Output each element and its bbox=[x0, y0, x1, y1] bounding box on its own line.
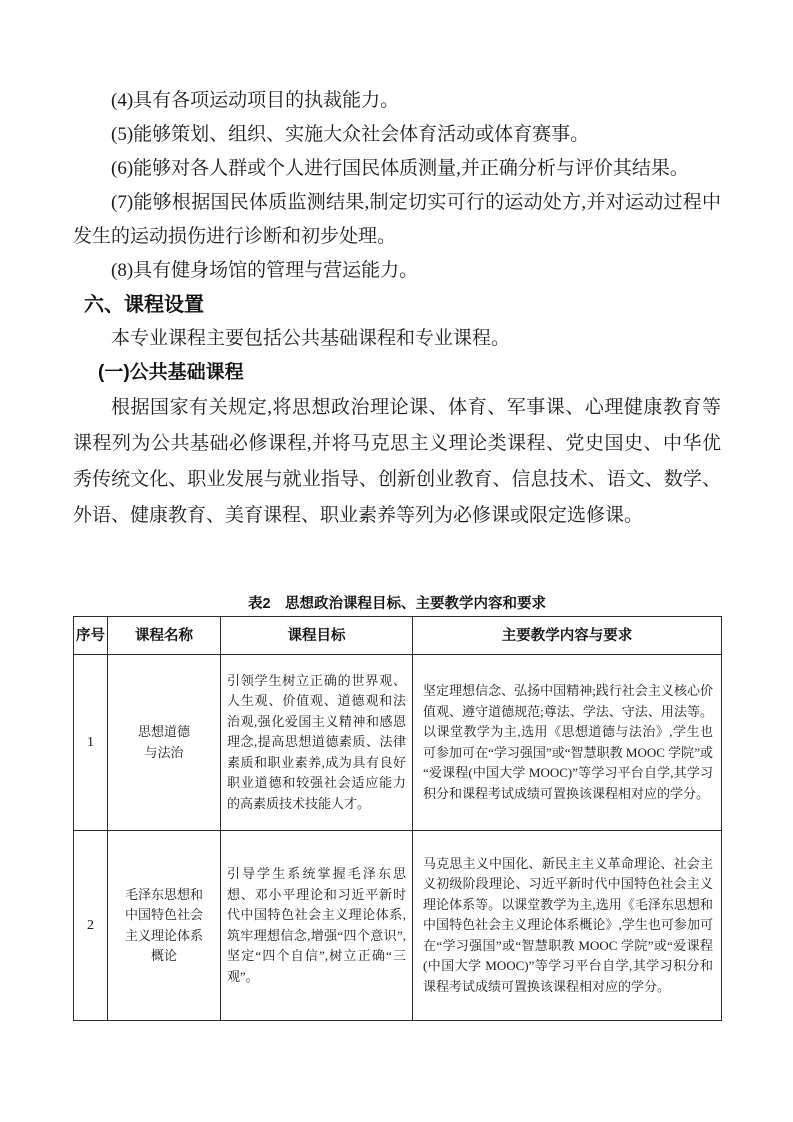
cell-teaching-content: 马克思主义中国化、新民主主义革命理论、社会主义初级阶段理论、习近平新时代中国特色… bbox=[413, 831, 722, 1021]
paragraph-item-6: (6)能够对各人群或个人进行国民体质测量,并正确分析与评价其结果。 bbox=[73, 152, 721, 186]
section-heading: 六、课程设置 bbox=[84, 288, 721, 322]
paragraph-item-8: (8)具有健身场馆的管理与营运能力。 bbox=[73, 254, 721, 288]
cell-course-name: 毛泽东思想和 中国特色社会 主义理论体系 概论 bbox=[108, 831, 221, 1021]
col-header-no: 序号 bbox=[74, 617, 108, 655]
paragraph-item-7: (7)能够根据国民体质监测结果,制定切实可行的运动处方,并对运动过程中发生的运动… bbox=[73, 186, 721, 254]
cell-course-objective: 引导学生系统掌握毛泽东思想、邓小平理论和习近平新时代中国特色社会主义理论体系,筑… bbox=[221, 831, 413, 1021]
cell-course-name: 思想道德 与法治 bbox=[108, 655, 221, 831]
table-caption: 表2 思想政治课程目标、主要教学内容和要求 bbox=[73, 592, 721, 613]
document-content: (4)具有各项运动项目的执裁能力。 (5)能够策划、组织、实施大众社会体育活动或… bbox=[0, 0, 793, 1021]
subsection-body: 根据国家有关规定,将思想政治理论课、体育、军事课、心理健康教育等课程列为公共基础… bbox=[73, 390, 721, 534]
table-header-row: 序号 课程名称 课程目标 主要教学内容与要求 bbox=[74, 617, 722, 655]
cell-teaching-content: 坚定理想信念、弘扬中国精神;践行社会主义核心价值观、遵守道德规范;尊法、学法、守… bbox=[413, 655, 722, 831]
col-header-course-name: 课程名称 bbox=[108, 617, 221, 655]
col-header-objective: 课程目标 bbox=[221, 617, 413, 655]
document-page: (4)具有各项运动项目的执裁能力。 (5)能够策划、组织、实施大众社会体育活动或… bbox=[0, 0, 793, 1122]
paragraph-item-4: (4)具有各项运动项目的执裁能力。 bbox=[73, 84, 721, 118]
table-row: 1 思想道德 与法治 引领学生树立正确的世界观、人生观、价值观、道德观和法治观,… bbox=[74, 655, 722, 831]
table-row: 2 毛泽东思想和 中国特色社会 主义理论体系 概论 引导学生系统掌握毛泽东思想、… bbox=[74, 831, 722, 1021]
subsection-heading: (一)公共基础课程 bbox=[98, 356, 721, 390]
cell-course-objective: 引领学生树立正确的世界观、人生观、价值观、道德观和法治观,强化爱国主义精神和感恩… bbox=[221, 655, 413, 831]
course-table: 序号 课程名称 课程目标 主要教学内容与要求 1 思想道德 与法治 引领学生树立… bbox=[73, 616, 722, 1021]
section-intro: 本专业课程主要包括公共基础课程和专业课程。 bbox=[73, 322, 721, 356]
paragraph-item-5: (5)能够策划、组织、实施大众社会体育活动或体育赛事。 bbox=[73, 118, 721, 152]
cell-row-number: 2 bbox=[74, 831, 108, 1021]
col-header-content: 主要教学内容与要求 bbox=[413, 617, 722, 655]
cell-row-number: 1 bbox=[74, 655, 108, 831]
